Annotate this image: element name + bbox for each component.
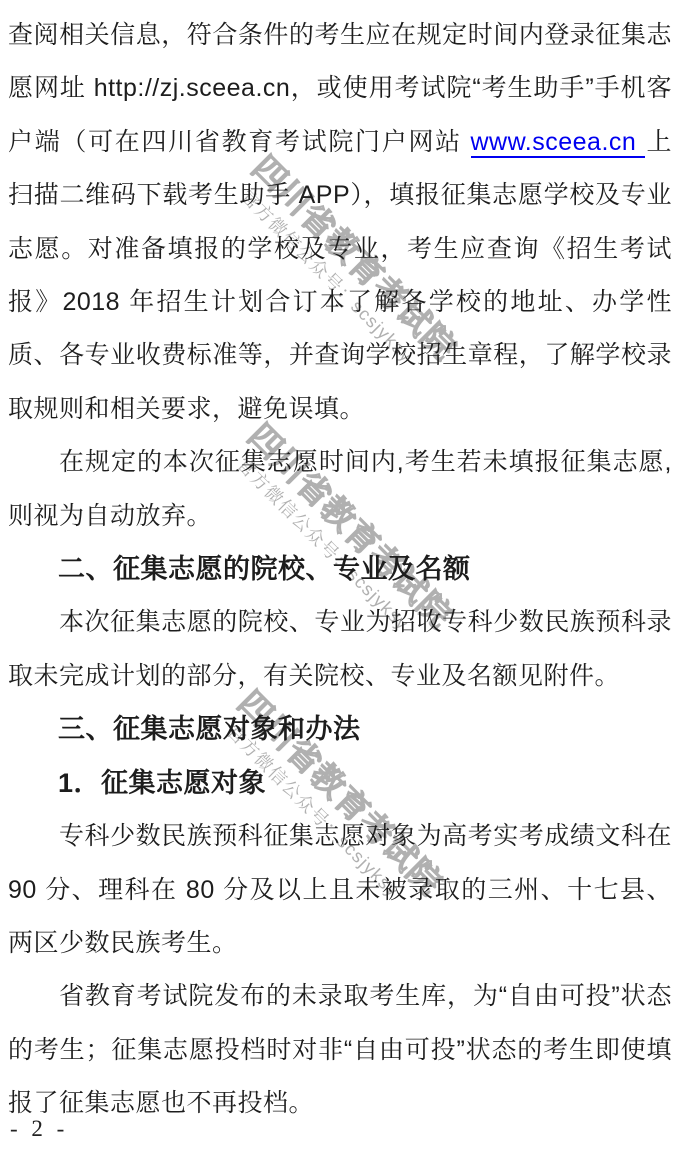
section-heading-2: 二、征集志愿的院校、专业及名额	[8, 543, 672, 596]
paragraph-deadline-notice: 在规定的本次征集志愿时间内,考生若未填报征集志愿,则视为自动放弃。	[8, 436, 672, 543]
subsection-heading-3-1: 1．征集志愿对象	[8, 757, 672, 810]
paragraph-1-text-after-link: 上扫描二维码下载考生助手 APP），填报征集志愿学校及专业志愿。对准备填报的学校…	[8, 128, 672, 423]
paragraph-free-to-admit-status: 省教育考试院发布的未录取考生库，为“自由可投”状态的考生；征集志愿投档时对非“自…	[8, 970, 672, 1130]
section-heading-3: 三、征集志愿对象和办法	[8, 703, 672, 756]
paragraph-schools-quota: 本次征集志愿的院校、专业为招收专科少数民族预科录取未完成计划的部分，有关院校、专…	[8, 596, 672, 703]
document-page: 四川省教育考试院 官方微信公众号：scsjyksy 四川省教育考试院 官方微信公…	[0, 0, 680, 1169]
paragraph-continuation: 查阅相关信息，符合条件的考生应在规定时间内登录征集志愿网址 http://zj.…	[8, 9, 672, 436]
document-body: 查阅相关信息，符合条件的考生应在规定时间内登录征集志愿网址 http://zj.…	[0, 0, 680, 1131]
page-number: - 2 -	[10, 1116, 68, 1142]
sceea-portal-link[interactable]: www.sceea.cn	[471, 128, 646, 158]
paragraph-eligibility: 专科少数民族预科征集志愿对象为高考实考成绩文科在 90 分、理科在 80 分及以…	[8, 810, 672, 970]
